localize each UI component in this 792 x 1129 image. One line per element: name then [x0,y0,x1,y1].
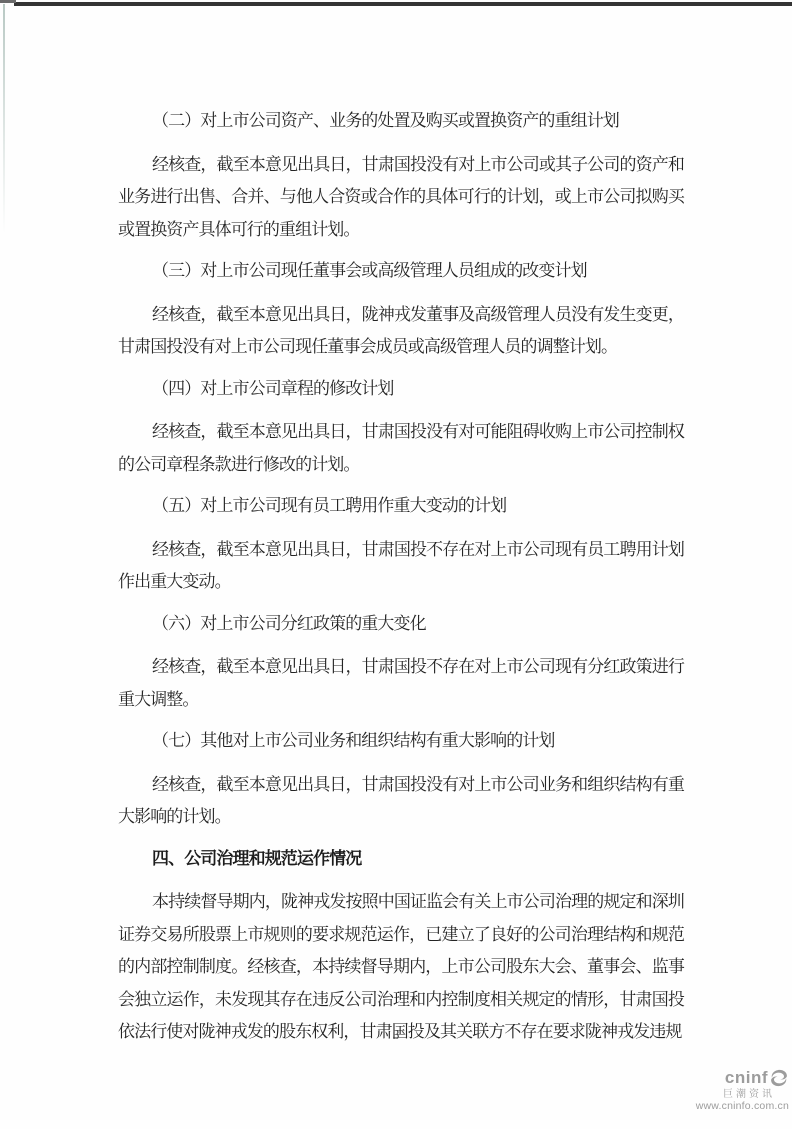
section-paragraph: 经核查，截至本意见出具日，甘肃国投不存在对上市公司现有分红政策进行重大调整。 [118,651,684,716]
cninfo-url: www.cninfo.com.cn [669,1101,789,1113]
section-heading: （六）对上市公司分红政策的重大变化 [118,608,684,641]
cninfo-brand-text: cninf [725,1069,768,1088]
scan-artifact-left-edge [3,4,5,234]
section-asset-restructure-plan: （二）对上市公司资产、业务的处置及购买或置换资产的重组计划 经核查，截至本意见出… [118,105,684,246]
cninfo-chinese-name: 巨潮资讯 [669,1089,775,1100]
section-paragraph: 经核查，截至本意见出具日，甘肃国投没有对上市公司业务和组织结构有重大影响的计划。 [118,769,684,834]
section-heading: 四、公司治理和规范运作情况 [118,843,684,876]
section-heading: （四）对上市公司章程的修改计划 [118,373,684,406]
section-paragraph: 经核查，截至本意见出具日，甘肃国投不存在对上市公司现有员工聘用计划作出重大变动。 [118,534,684,599]
section-heading: （五）对上市公司现有员工聘用作重大变动的计划 [118,490,684,523]
section-employment-change-plan: （五）对上市公司现有员工聘用作重大变动的计划 经核查，截至本意见出具日，甘肃国投… [118,490,684,599]
page-number: 3 [0,1026,792,1046]
section-other-major-impact-plans: （七）其他对上市公司业务和组织结构有重大影响的计划 经核查，截至本意见出具日，甘… [118,725,684,834]
section-paragraph: 本持续督导期内，陇神戎发按照中国证监会有关上市公司治理的规定和深圳证券交易所股票… [118,886,684,1049]
section-dividend-policy-change: （六）对上市公司分红政策的重大变化 经核查，截至本意见出具日，甘肃国投不存在对上… [118,608,684,717]
section-charter-amendment-plan: （四）对上市公司章程的修改计划 经核查，截至本意见出具日，甘肃国投没有对可能阻碍… [118,373,684,482]
section-heading: （三）对上市公司现任董事会或高级管理人员组成的改变计划 [118,255,684,288]
section-heading: （二）对上市公司资产、业务的处置及购买或置换资产的重组计划 [118,105,684,138]
cninfo-swirl-icon [769,1068,789,1088]
cninfo-logo: cninf 巨潮资讯 www.cninfo.com.cn [669,1068,789,1113]
section-paragraph: 经核查，截至本意见出具日，甘肃国投没有对可能阻碍收购上市公司控制权的公司章程条款… [118,416,684,481]
section-board-change-plan: （三）对上市公司现任董事会或高级管理人员组成的改变计划 经核查，截至本意见出具日… [118,255,684,364]
section-heading: （七）其他对上市公司业务和组织结构有重大影响的计划 [118,725,684,758]
section-corporate-governance: 四、公司治理和规范运作情况 本持续督导期内，陇神戎发按照中国证监会有关上市公司治… [118,843,684,1049]
section-paragraph: 经核查，截至本意见出具日，陇神戎发董事及高级管理人员没有发生变更，甘肃国投没有对… [118,299,684,364]
scanned-document-page: （二）对上市公司资产、业务的处置及购买或置换资产的重组计划 经核查，截至本意见出… [0,0,792,1129]
document-content: （二）对上市公司资产、业务的处置及购买或置换资产的重组计划 经核查，截至本意见出… [118,0,684,1049]
section-paragraph: 经核查，截至本意见出具日，甘肃国投没有对上市公司或其子公司的资产和业务进行出售、… [118,149,684,247]
scan-artifact-top-left-edge [0,0,16,3]
